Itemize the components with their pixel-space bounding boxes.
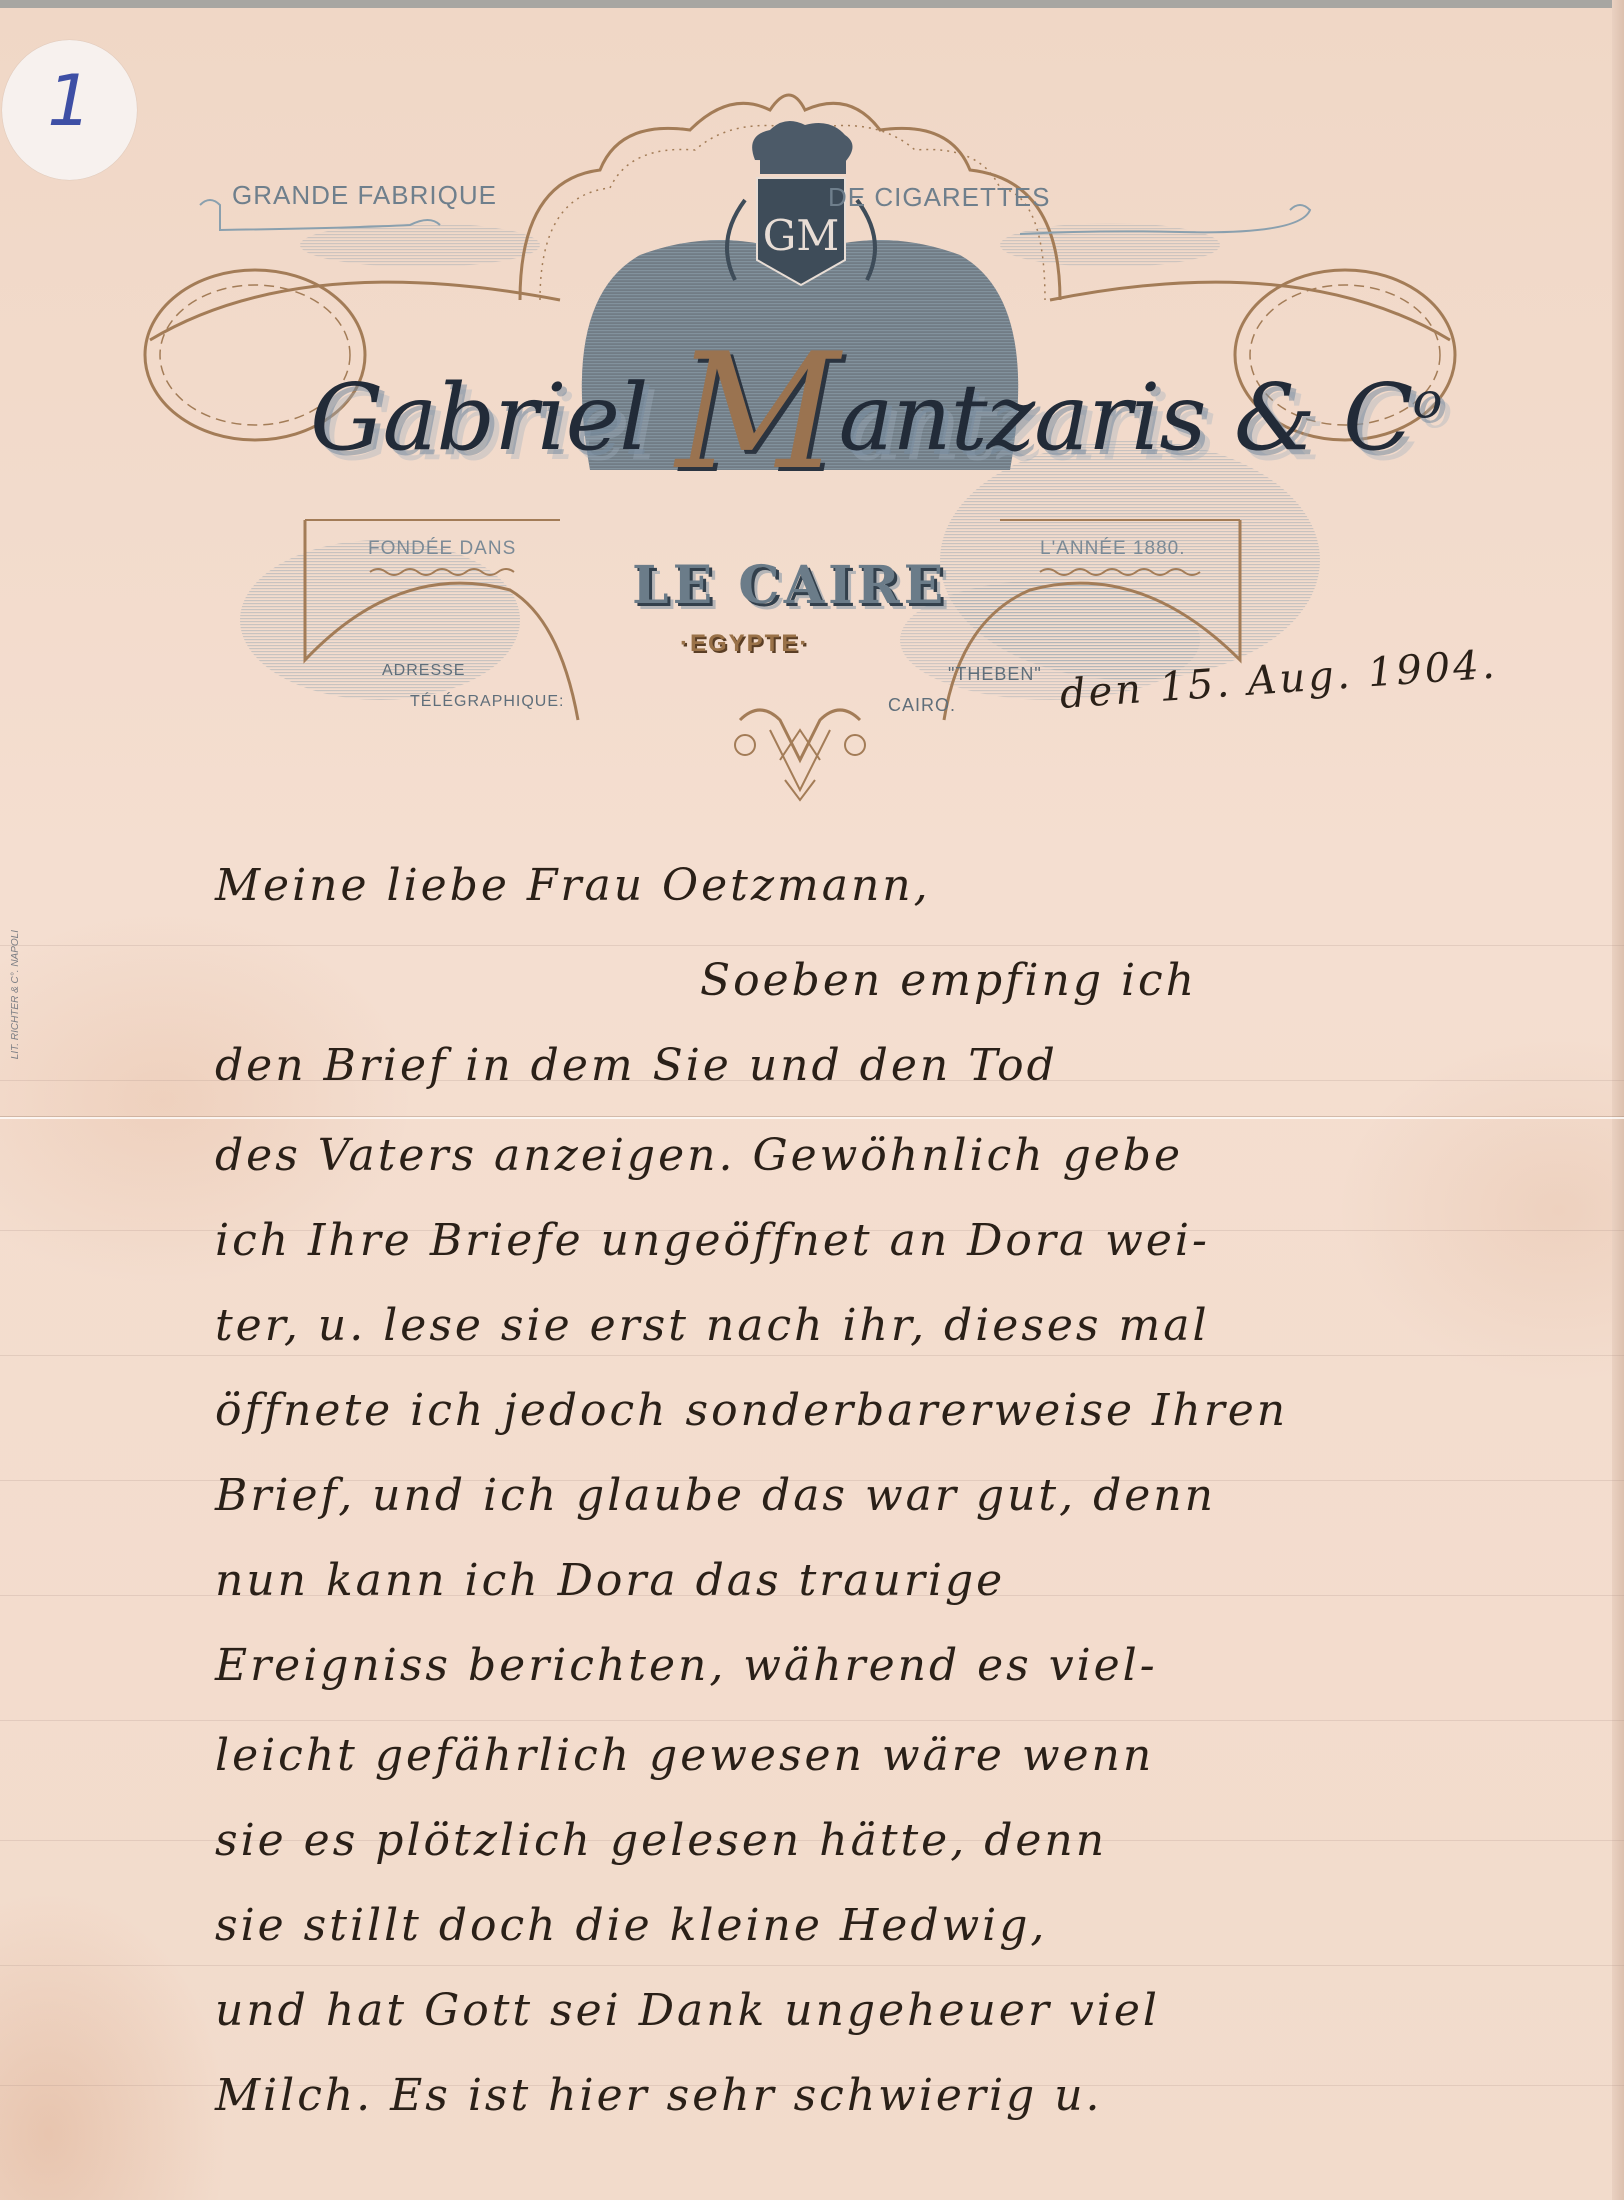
letter-salutation: Meine liebe Frau Oetzmann, <box>215 860 931 911</box>
letter-line: öffnete ich jedoch sonderbarerweise Ihre… <box>215 1385 1288 1436</box>
letter-line: des Vaters anzeigen. Gewöhnlich gebe <box>215 1130 1183 1181</box>
monogram-text: GM <box>763 211 840 260</box>
letter-line: Milch. Es ist hier sehr schwierig u. <box>215 2070 1103 2121</box>
letter-line: ich Ihre Briefe ungeöffnet an Dora wei- <box>215 1215 1210 1266</box>
letterhead-heading-left: GRANDE FABRIQUE <box>232 180 497 211</box>
letter-line: leicht gefährlich gewesen wäre wenn <box>215 1730 1154 1781</box>
founded-year: L'ANNÉE 1880. <box>1040 538 1185 560</box>
company-name-first: Gabriel <box>310 364 676 471</box>
ruled-line <box>0 945 1624 946</box>
letter-line: den Brief in dem Sie und den Tod <box>215 1040 1058 1091</box>
telegraph-code: "THEBEN" <box>948 664 1042 685</box>
company-name-initial: M <box>676 318 839 505</box>
country-name: ·EGYPTE· <box>680 630 809 658</box>
letter-line: sie es plötzlich gelesen hätte, denn <box>215 1815 1107 1866</box>
telegraph-label-2: TÉLÉGRAPHIQUE: <box>410 693 564 711</box>
telegraph-city: CAIRO. <box>888 695 956 716</box>
letter-line: Brief, und ich glaube das war gut, denn <box>215 1470 1216 1521</box>
telegraph-label-1: ADRESSE <box>382 662 465 680</box>
letter-line: ter, u. lese sie erst nach ihr, dieses m… <box>215 1300 1210 1351</box>
ruled-line <box>0 1355 1624 1356</box>
printer-mark: LIT. RICHTER & C°. NAPOLI <box>10 930 21 1059</box>
letter-line: sie stillt doch die kleine Hedwig, <box>215 1900 1047 1951</box>
company-name-suffix: o <box>1412 371 1441 429</box>
letter-line: Soeben empfing ich <box>700 955 1197 1006</box>
founded-label: FONDÉE DANS <box>368 538 516 560</box>
ruled-line <box>0 1965 1624 1966</box>
letter-line: nun kann ich Dora das traurige <box>215 1555 1005 1606</box>
city-name: LE CAIRE <box>632 555 947 616</box>
letterhead-heading-right: DE CIGARETTES <box>828 182 1050 213</box>
ruled-line <box>0 1720 1624 1721</box>
archive-number: 1 <box>2 60 137 142</box>
letter-line: Ereigniss berichten, während es viel- <box>215 1640 1158 1691</box>
archive-number-sticker: 1 <box>2 40 137 180</box>
letter-line: und hat Gott sei Dank ungeheuer viel <box>215 1985 1160 2036</box>
company-name: Gabriel Mantzaris & Co <box>310 318 1441 505</box>
company-name-rest: antzaris & C <box>839 364 1413 471</box>
paper-fold-crease <box>0 1117 1624 1119</box>
